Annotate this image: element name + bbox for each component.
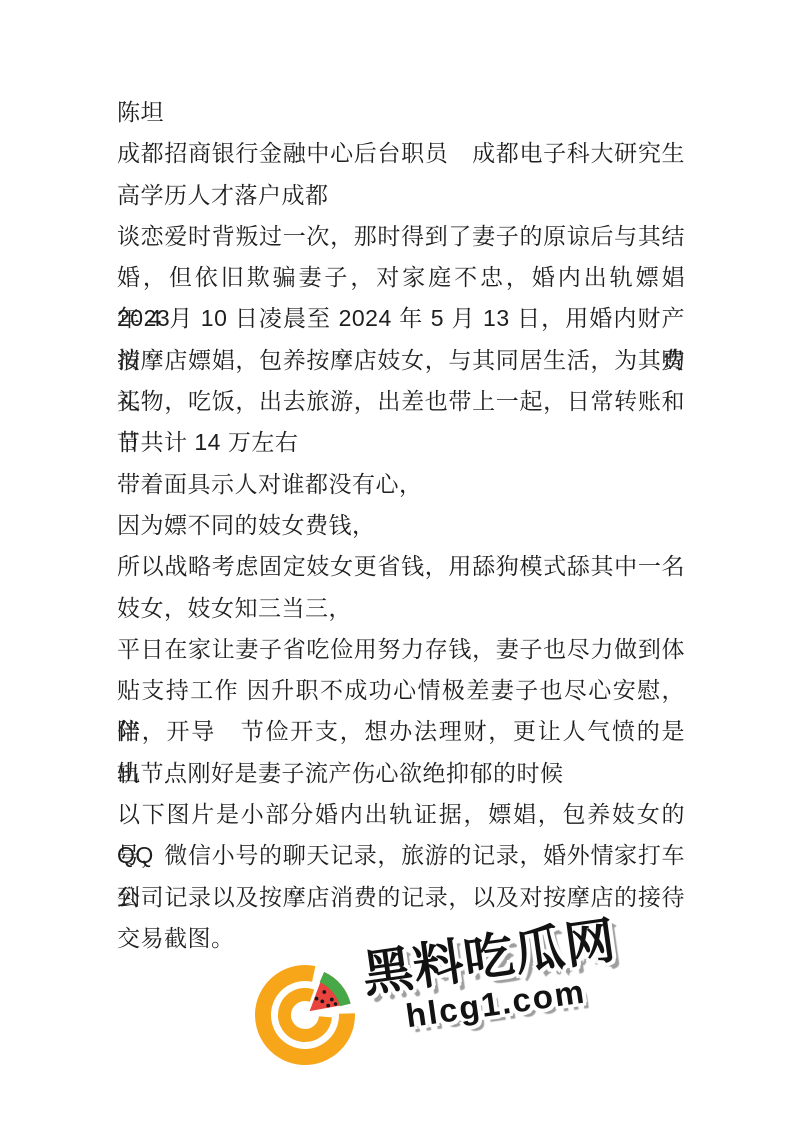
text-line: 伴，开导 节俭开支，想办法理财，更让人气愤的是 出 (117, 711, 685, 752)
document-page: 陈坦 成都招商银行金融中心后台职员 成都电子科大研究生 高学历人才落户成都 谈恋… (0, 0, 796, 1125)
text-line: 日共计 14 万左右 (117, 422, 685, 463)
text-line: 年 4 月 10 日凌晨至 2024 年 5 月 13 日，用婚内财产消费 (117, 298, 685, 339)
logo-outer-ring (263, 973, 347, 1057)
text-line: 妓女，妓女知三当三， (117, 588, 685, 629)
watermelon-seeds (315, 990, 338, 1007)
text-line: 公司记录以及按摩店消费的记录，以及对按摩店的接待 (117, 877, 685, 918)
text-line: 因为嫖不同的妓女费钱， (117, 505, 685, 546)
watermelon-rind (320, 972, 351, 1006)
text-line: 带着面具示人对谁都没有心， (117, 464, 685, 505)
text-line: 平日在家让妻子省吃俭用努力存钱，妻子也尽力做到体 (117, 629, 685, 670)
text-line: 号，微信小号的聊天记录，旅游的记录，婚外情家打车到 (117, 835, 685, 876)
text-line: 以下图片是小部分婚内出轨证据，嫖娼，包养妓女的 QQ (117, 794, 685, 835)
text-line: 贴支持工作 因升职不成功心情极差妻子也尽心安慰，陪 (117, 670, 685, 711)
text-line: 高学历人才落户成都 (117, 175, 685, 216)
document-text: 陈坦 成都招商银行金融中心后台职员 成都电子科大研究生 高学历人才落户成都 谈恋… (117, 92, 685, 959)
text-line: 所以战略考虑固定妓女更省钱，用舔狗模式舔其中一名 (117, 546, 685, 587)
text-line: 陈坦 (117, 92, 685, 133)
watermark-site-domain: hlcg1.com (345, 965, 647, 1042)
text-line: 婚，但依旧欺骗妻子，对家庭不忠，婚内出轨嫖娼 2023 (117, 257, 685, 298)
text-line: 礼物，吃饭，出去旅游，出差也带上一起，日常转账和节 (117, 381, 685, 422)
watermelon-logo-icon (246, 956, 364, 1074)
watermelon-flesh (310, 972, 351, 1011)
text-line: 按摩店嫖娼，包养按摩店妓女，与其同居生活，为其购买 (117, 340, 685, 381)
text-line: 轨节点刚好是妻子流产伤心欲绝抑郁的时候 (117, 753, 685, 794)
text-line: 谈恋爱时背叛过一次，那时得到了妻子的原谅后与其结 (117, 216, 685, 257)
text-line: 交易截图。 (117, 918, 685, 959)
logo-inner-ring (284, 995, 325, 1036)
text-line: 成都招商银行金融中心后台职员 成都电子科大研究生 (117, 133, 685, 174)
